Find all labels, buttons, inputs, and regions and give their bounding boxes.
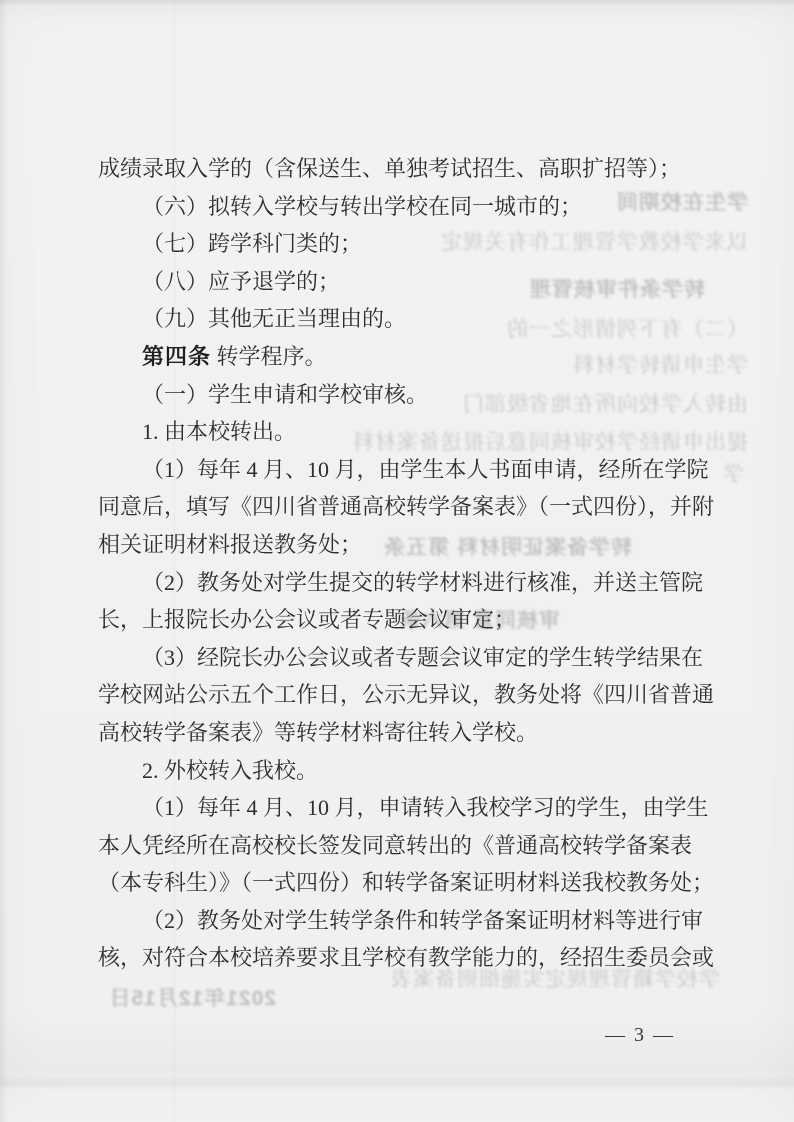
article-heading-line: 第四条 转学程序。 [98,338,718,376]
text-line: （六）拟转入学校与转出学校在同一城市的； [98,188,718,226]
text-line: （七）跨学科门类的； [98,225,718,263]
text-line: （本专科生）》（一式四份）和转学备案证明材料送我校教务处； [98,864,718,902]
text-line: （2）教务处对学生提交的转学材料进行核准，并送主管院 [98,564,718,602]
text-line: 核，对符合本校培养要求且学校有教学能力的，经招生委员会或 [98,939,718,977]
paper-top-edge-shadow [0,0,794,6]
text-line: 成绩录取入学的（含保送生、单独考试招生、高职扩招等）； [98,150,718,188]
article-title: 转学程序。 [211,344,327,369]
bleedthrough-text: 2021年12月15日 [96,988,276,1012]
article-number: 第四条 [142,344,211,369]
paper-fold-shadow [0,1076,794,1090]
text-line: （3）经院长办公会议或者专题会议审定的学生转学结果在 [98,639,718,677]
text-line: 1. 由本校转出。 [98,413,718,451]
text-line: 相关证明材料报送教务处； [98,526,718,564]
text-line: （一）学生申请和学校审核。 [98,376,718,414]
text-line: 同意后，填写《四川省普通高校转学备案表》（一式四份），并附 [98,488,718,526]
paper-left-edge-shadow [0,0,8,1122]
text-line: （九）其他无正当理由的。 [98,300,718,338]
text-line: （八）应予退学的； [98,263,718,301]
text-line: （1）每年 4 月、10 月，申请转入我校学习的学生，由学生 [98,789,718,827]
text-line: 高校转学备案表》等转学材料寄往转入学校。 [98,714,718,752]
text-line: 学校网站公示五个工作日，公示无异议，教务处将《四川省普通 [98,676,718,714]
text-line: （2）教务处对学生转学条件和转学备案证明材料等进行审 [98,902,718,940]
document-body: 成绩录取入学的（含保送生、单独考试招生、高职扩招等）； （六）拟转入学校与转出学… [98,150,718,977]
text-line: 2. 外校转入我校。 [98,752,718,790]
text-line: （1）每年 4 月、10 月，由学生本人书面申请，经所在学院 [98,451,718,489]
text-line: 本人凭经所在高校校长签发同意转出的《普通高校转学备案表 [98,827,718,865]
page-number: — 3 — [592,1024,688,1047]
text-line: 长，上报院长办公会议或者专题会议审定； [98,601,718,639]
